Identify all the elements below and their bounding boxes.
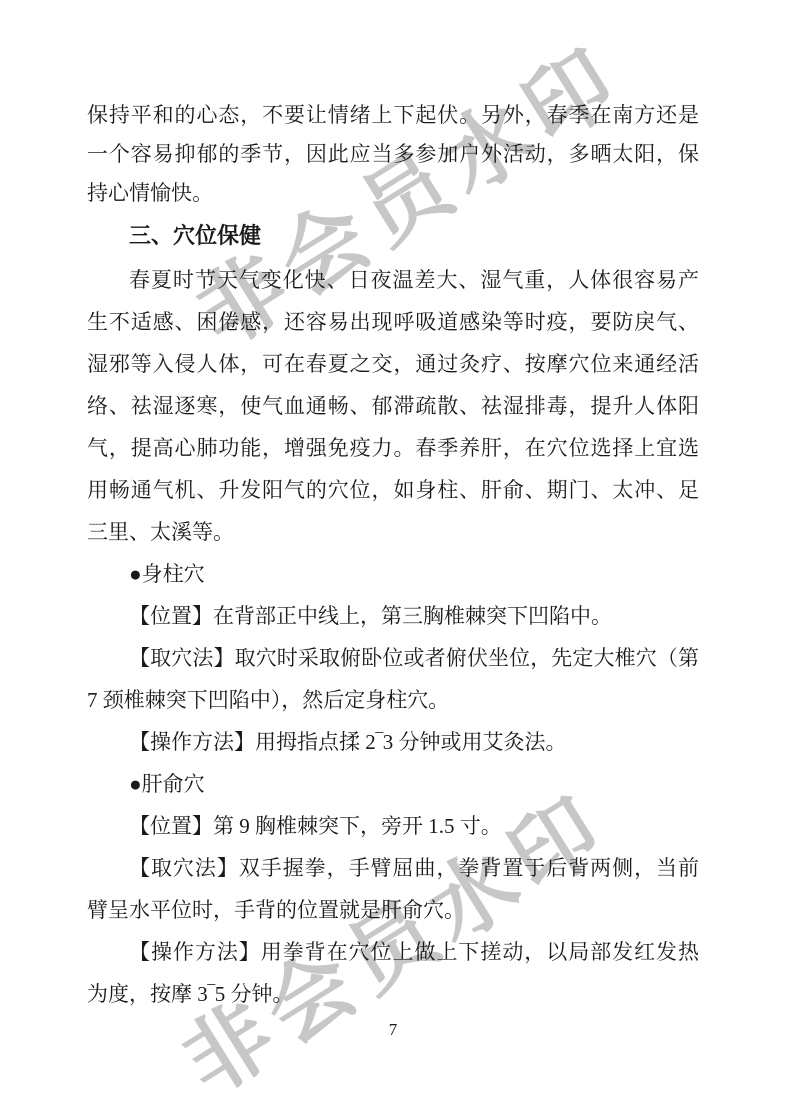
text-line: 湿邪等入侵人体，可在春夏之交，通过灸疗、按摩穴位来通经活 — [87, 343, 699, 385]
text-line: 用畅通气机、升发阳气的穴位，如身柱、肝俞、期门、太冲、足 — [87, 469, 699, 511]
text-line: 【操作方法】用拇指点揉 2‾3 分钟或用艾灸法。 — [87, 721, 699, 763]
text-line: 【位置】第 9 胸椎棘突下，旁开 1.5 寸。 — [87, 805, 699, 847]
text-line: 持心情愉快。 — [87, 174, 699, 213]
document-page: 非会员水印 非会员水印 保持平和的心态，不要让情绪上下起伏。另外，春季在南方还是… — [0, 0, 786, 1113]
text-line: 【取穴法】取穴时采取俯卧位或者俯伏坐位，先定大椎穴（第 — [87, 637, 699, 679]
bullet-item: ●身柱穴 — [87, 553, 699, 595]
acupoint-section-shenzhu: ●身柱穴 【位置】在背部正中线上，第三胸椎棘突下凹陷中。 【取穴法】取穴时采取俯… — [87, 553, 699, 763]
text-line: 7 颈椎棘突下凹陷中），然后定身柱穴。 — [87, 679, 699, 721]
bullet-item: ●肝俞穴 — [87, 763, 699, 805]
acupoint-section-ganshu: ●肝俞穴 【位置】第 9 胸椎棘突下，旁开 1.5 寸。 【取穴法】双手握拳，手… — [87, 763, 699, 1015]
intro-paragraph: 保持平和的心态，不要让情绪上下起伏。另外，春季在南方还是 一个容易抑郁的季节，因… — [87, 96, 699, 213]
text-line: 春夏时节天气变化快、日夜温差大、湿气重，人体很容易产 — [87, 259, 699, 301]
section-heading: 三、穴位保健 — [87, 213, 699, 259]
section-paragraph: 春夏时节天气变化快、日夜温差大、湿气重，人体很容易产 生不适感、困倦感，还容易出… — [87, 259, 699, 553]
text-line: 三里、太溪等。 — [87, 511, 699, 553]
text-line: 络、祛湿逐寒，使气血通畅、郁滞疏散、祛湿排毒，提升人体阳 — [87, 385, 699, 427]
page-body: 保持平和的心态，不要让情绪上下起伏。另外，春季在南方还是 一个容易抑郁的季节，因… — [87, 96, 699, 1015]
text-line: 【取穴法】双手握拳，手臂屈曲，拳背置于后背两侧，当前 — [87, 847, 699, 889]
text-line: 生不适感、困倦感，还容易出现呼吸道感染等时疫，要防戾气、 — [87, 301, 699, 343]
text-line: 保持平和的心态，不要让情绪上下起伏。另外，春季在南方还是 — [87, 96, 699, 135]
text-line: 【位置】在背部正中线上，第三胸椎棘突下凹陷中。 — [87, 595, 699, 637]
page-number: 7 — [0, 1020, 786, 1040]
text-line: 气，提高心肺功能，增强免疫力。春季养肝，在穴位选择上宜选 — [87, 427, 699, 469]
text-line: 一个容易抑郁的季节，因此应当多参加户外活动，多晒太阳，保 — [87, 135, 699, 174]
text-line: 【操作方法】用拳背在穴位上做上下搓动，以局部发红发热 — [87, 931, 699, 973]
text-line: 为度，按摩 3‾5 分钟。 — [87, 973, 699, 1015]
text-line: 臂呈水平位时，手背的位置就是肝俞穴。 — [87, 889, 699, 931]
